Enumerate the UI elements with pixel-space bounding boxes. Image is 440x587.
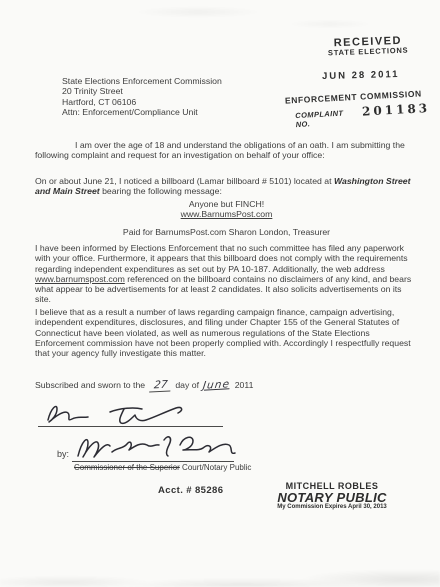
date-received-stamp: JUN 28 2011 (322, 69, 400, 82)
billboard-website-url: www.BarnumsPost.com (181, 209, 273, 219)
notary-stamp: MITCHELL ROBLES NOTARY PUBLIC My Commiss… (262, 481, 402, 510)
by-label: by: (57, 449, 69, 459)
billboard-website-line: www.BarnumsPost.com (35, 209, 418, 219)
sworn-pre-text: Subscribed and sworn to the (35, 380, 145, 390)
notary-commission-expires: My Commission Expires April 30, 2013 (262, 504, 402, 510)
paragraph-informed-pre: I have been informed by Elections Enforc… (35, 243, 408, 274)
address-line: State Elections Enforcement Commission (62, 76, 222, 86)
complaint-no-label: COMPLAINT NO. (295, 105, 353, 129)
complaint-number: 201183 (362, 101, 431, 119)
notary-title-line: Commissioner of the Superior Court/Notar… (74, 463, 251, 472)
recipient-address-block: State Elections Enforcement Commission 2… (62, 76, 222, 118)
handwritten-day: 27 (149, 378, 172, 392)
paragraph-billboard-post: bearing the following message: (100, 186, 222, 196)
paragraph-informed: I have been informed by Elections Enforc… (35, 243, 418, 305)
web-address-link: www.barnumspost.com (35, 274, 125, 284)
paragraph-billboard-pre: On or about June 21, I noticed a billboa… (35, 176, 334, 186)
scanned-complaint-letter: RECEIVED STATE ELECTIONS JUN 28 2011 ENF… (0, 0, 440, 587)
account-number: Acct. # 85286 (158, 485, 223, 496)
notary-title-rest: Court/Notary Public (180, 463, 252, 472)
paragraph-billboard: On or about June 21, I noticed a billboa… (35, 176, 418, 197)
complainant-signature-scrawl (38, 396, 228, 430)
enforcement-commission-stamp: ENFORCEMENT COMMISSION COMPLAINT NO. 201… (277, 88, 431, 130)
received-stamp: RECEIVED STATE ELECTIONS (313, 34, 424, 58)
address-line: 20 Trinity Street (62, 86, 222, 96)
sworn-statement-line: Subscribed and sworn to the 27 day of Ju… (35, 379, 253, 392)
billboard-message-line: Anyone but FINCH! (35, 199, 418, 209)
address-line: Hartford, CT 06106 (62, 97, 222, 107)
paragraph-belief: I believe that as a result a number of l… (35, 307, 418, 358)
paid-for-line: Paid for BarnumsPost.com Sharon London, … (35, 227, 418, 237)
notary-signature-scrawl (72, 430, 238, 462)
notary-title-struck: Commissioner of the Superior (74, 463, 180, 472)
signature-line (38, 426, 223, 427)
sworn-mid-text: day of (175, 380, 199, 390)
paragraph-oath: I am over the age of 18 and understand t… (35, 140, 418, 161)
notary-public-title: NOTARY PUBLIC (262, 490, 402, 505)
address-line: Attn: Enforcement/Compliance Unit (62, 107, 222, 117)
handwritten-month: June (203, 378, 232, 391)
scan-noise-top (0, 0, 440, 40)
sworn-year: 2011 (235, 380, 254, 390)
scan-noise-bottom (0, 557, 440, 587)
notary-signature-line (72, 461, 234, 462)
